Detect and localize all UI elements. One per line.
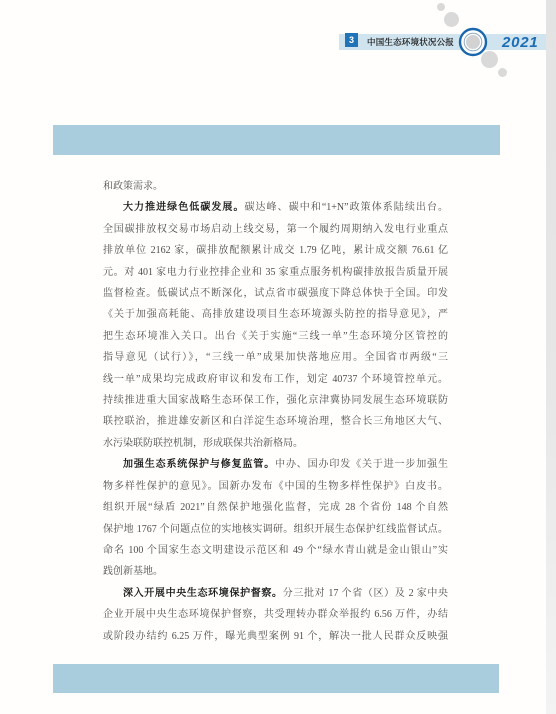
document-page: 3 中国生态环境状况公报 2021 和政策需求。大力推进绿色低碳发展。碳达峰、碳… bbox=[0, 0, 556, 714]
text-line: 监督检查。低碳试点不断深化，试点省市碳强度下降总体快于全国。印发 bbox=[103, 283, 448, 304]
text-line: 物多样性保护的意见》。国新办发布《中国的生物多样性保护》白皮书。 bbox=[103, 476, 448, 497]
decorative-circle bbox=[498, 68, 507, 77]
page-number-badge: 3 bbox=[345, 33, 358, 47]
text-line: 践创新基地。 bbox=[103, 561, 448, 582]
text-line: 水污染联防联控机制，形成联保共治新格局。 bbox=[103, 433, 448, 454]
text-line: 或阶段办结约 6.25 万件，曝光典型案例 91 个，解决一批人民群众反映强 bbox=[103, 626, 448, 647]
text-line: 指导意见（试行）》，“三线一单”成果加快落地应用。全国省市两级“三 bbox=[103, 347, 448, 368]
text-line: 组织开展“绿盾 2021”自然保护地强化监督，完成 28 个省份 148 个自然 bbox=[103, 497, 448, 518]
page-edge-strip bbox=[546, 0, 556, 714]
text-line: 元。对 401 家电力行业控排企业和 35 家重点服务机构碳排放报告质量开展 bbox=[103, 262, 448, 283]
text-line: 深入开展中央生态环境保护督察。分三批对 17 个省（区）及 2 家中央 bbox=[103, 583, 448, 604]
text-line: 加强生态系统保护与修复监管。中办、国办印发《关于进一步加强生 bbox=[103, 454, 448, 475]
text-line: 全国碳排放权交易市场启动上线交易，第一个履约周期纳入发电行业重点 bbox=[103, 219, 448, 240]
section-band-top bbox=[53, 125, 500, 155]
body-text: 和政策需求。大力推进绿色低碳发展。碳达峰、碳中和“1+N”政策体系陆续出台。全国… bbox=[103, 176, 448, 647]
year-label: 2021 bbox=[502, 34, 539, 51]
text-line: 保护地 1767 个问题点位的实地核实调研。组织开展生态保护红线监督试点。 bbox=[103, 519, 448, 540]
section-band-bottom bbox=[53, 664, 499, 693]
bullseye-emblem-icon bbox=[458, 27, 488, 57]
text-line: 排放单位 2162 家，碳排放配额累计成交 1.79 亿吨，累计成交额 76.6… bbox=[103, 240, 448, 261]
text-line: 联控联治，推进雄安新区和白洋淀生态环境治理，整合长三角地区大气、 bbox=[103, 411, 448, 432]
decorative-circle bbox=[437, 3, 445, 11]
text-line: 和政策需求。 bbox=[103, 176, 448, 197]
running-header-title: 中国生态环境状况公报 bbox=[367, 34, 454, 50]
text-line: 持续推进重大国家战略生态环保工作，强化京津冀协同发展生态环境联防 bbox=[103, 390, 448, 411]
text-line: 线一单”成果均完成政府审议和发布工作，划定 40737 个环境管控单元。 bbox=[103, 369, 448, 390]
text-line: 把生态环境准入关口。出台《关于实施“三线一单”生态环境分区管控的 bbox=[103, 326, 448, 347]
decorative-circle bbox=[444, 12, 459, 27]
text-line: 企业开展中央生态环境保护督察，共受理转办群众举报约 6.56 万件，办结 bbox=[103, 604, 448, 625]
text-line: 《关于加强高耗能、高排放建设项目生态环境源头防控的指导意见》，严 bbox=[103, 304, 448, 325]
text-line: 命名 100 个国家生态文明建设示范区和 49 个“绿水青山就是金山银山”实 bbox=[103, 540, 448, 561]
text-line: 大力推进绿色低碳发展。碳达峰、碳中和“1+N”政策体系陆续出台。 bbox=[103, 197, 448, 218]
